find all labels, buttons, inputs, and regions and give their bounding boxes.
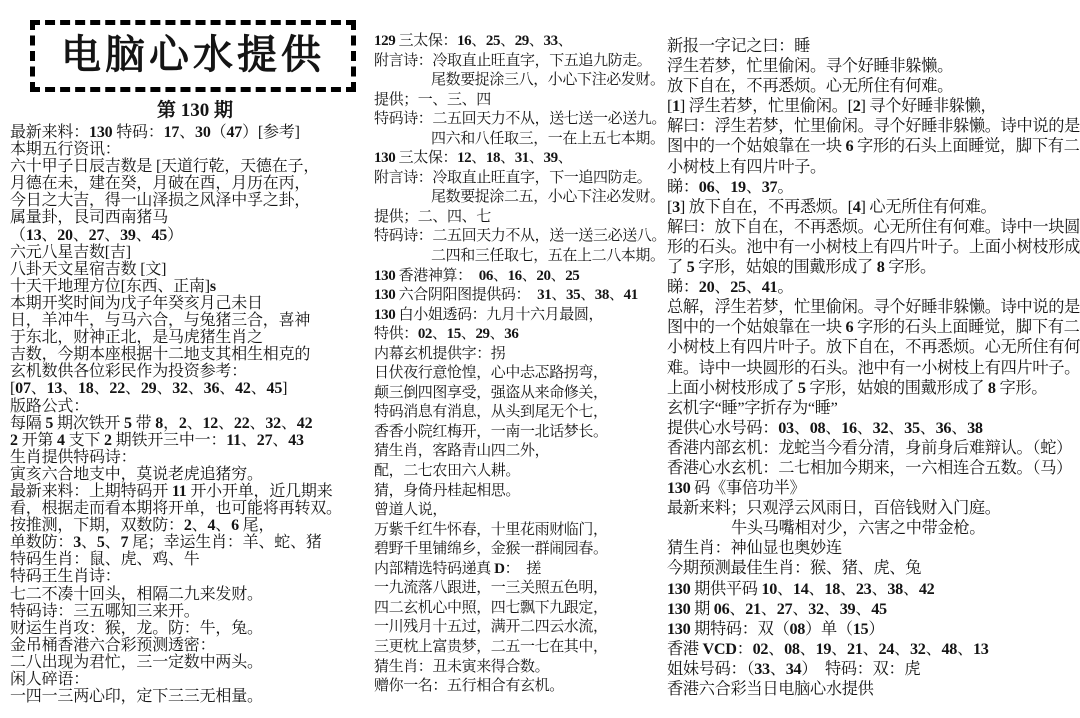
left-column-text: 最新来料：130 特码：17、30（47）[参考]本期五行资讯：六十甲子日辰吉数… (10, 124, 370, 705)
text-line: 吉数，今期本座根据十二地支其相生相克的 (10, 346, 370, 363)
text-line: 日，羊冲牛，与马六合，与兔猪三合，喜神 (10, 312, 370, 329)
text-line: 今期预测最佳生肖：猴、猪、虎、兔 (667, 558, 1079, 578)
text-line: 小树枝上有四片叶子。 (667, 157, 1079, 177)
text-line: 猜生肖，客路青山四二外， (374, 442, 666, 462)
text-line: 曾道人说， (374, 501, 666, 521)
text-line: 本期五行资讯： (10, 141, 370, 158)
text-line: 新报一字记之曰：睡 (667, 36, 1079, 56)
text-line: 特码生肖：鼠、虎、鸡、牛 (10, 551, 370, 568)
text-line: 130 三太保：12、18、31、39、 (374, 149, 666, 169)
text-line: 内部精选特码递真 D： 搓 (374, 560, 666, 580)
text-line: 特码诗：二五回天力不从，送一送三必送八。 (374, 227, 666, 247)
column-left: 电脑心水提供 第 130 期 最新来料：130 特码：17、30（47）[参考]… (10, 10, 370, 705)
text-line: 于东北，财神正北，是马虎猪生肖之 (10, 329, 370, 346)
text-line: 配，二七农田六人耕。 (374, 462, 666, 482)
text-line: 130 六合阴阳图提供码： 31、35、38、41 (374, 286, 666, 306)
text-line: 本期开奖时间为戊子年癸亥月己未日 (10, 295, 370, 312)
masthead-box: 电脑心水提供 (30, 20, 356, 92)
text-line: 万紫千红牛怀春，十里花雨财临门， (374, 521, 666, 541)
text-line: 最新来料：130 特码：17、30（47）[参考] (10, 124, 370, 141)
text-line: 七二不凑十回头，相隔二九来发财。 (10, 586, 370, 603)
text-line: 形的石头。池中有一小树枝上有四片叶子。上面小树枝形成 (667, 237, 1079, 257)
text-line: 财运生肖攻：猴，龙。防：牛，兔。 (10, 620, 370, 637)
issue-number: 第 130 期 (20, 95, 370, 122)
text-line: 尾数要捉涂二五，小心下注必发财。 (374, 188, 666, 208)
text-line: 颠三倒四图享受，强盗从来命修关， (374, 384, 666, 404)
text-line: 香港六合彩当日电脑心水提供 (667, 679, 1079, 699)
text-line: 属量卦，艮司西南猪马 (10, 209, 370, 226)
text-line: 附言诗：冷取直止旺直字，下五追九防走。 (374, 52, 666, 72)
text-line: 二八出现为君忙，三一定数中两头。 (10, 654, 370, 671)
text-line: 提供；一、三、四 (374, 91, 666, 111)
text-line: 每隔 5 期次铁开 5 带 8，2、12、22、32、42 (10, 415, 370, 432)
text-line: 香港内部玄机：龙蛇当今看分清，身前身后难辩认。（蛇） (667, 438, 1079, 458)
text-line: 单数防：3、5、7 尾；幸运生肖：羊、蛇、猪 (10, 534, 370, 551)
text-line: 月德在未，建在癸，月破在酉，月历在丙， (10, 175, 370, 192)
text-line: 解曰：浮生若梦，忙里偷闲。寻个好睡非躲懒。诗中说的是 (667, 116, 1079, 136)
text-line: 赠你一名：五行相合有玄机。 (374, 677, 666, 697)
column-middle: 129 三太保：16、25、29、33、附言诗：冷取直止旺直字，下五追九防走。尾… (374, 32, 666, 697)
text-line: 四六和八任取三，一在上五七本期。 (374, 130, 666, 150)
text-line: 猜，身倚丹桂起相思。 (374, 482, 666, 502)
text-line: 四二玄机心中照，四七飘下九跟定， (374, 599, 666, 619)
text-line: 2 开第 4 支下 2 期铁开三中一：11、27、43 (10, 432, 370, 449)
text-line: 二四和三任取七，五在上二八本期。 (374, 247, 666, 267)
text-line: 解曰：放下自在，不再悉烦。心无所住有何难。诗中一块圆 (667, 217, 1079, 237)
text-line: 130 白小姐透码：九月十六月最圆， (374, 306, 666, 326)
text-line: 牛头马嘴相对少，六害之中带金枪。 (667, 518, 1079, 538)
text-line: 129 三太保：16、25、29、33、 (374, 32, 666, 52)
text-line: 闲人碎语： (10, 671, 370, 688)
text-line: 图中的一个姑娘靠在一块 6 字形的石头上面睡觉，脚下有二 (667, 136, 1079, 156)
text-line: 六十甲子日辰吉数是 [天道行乾，天德在子， (10, 158, 370, 175)
text-line: [1] 浮生若梦，忙里偷闲。[2] 寻个好睡非躲懒， (667, 96, 1079, 116)
text-line: 130 香港神算： 06、16、20、25 (374, 267, 666, 287)
text-line: [3] 放下自在，不再悉烦。[4] 心无所住有何难。 (667, 197, 1079, 217)
text-line: 按推测，下期，双数防：2、4、6 尾， (10, 517, 370, 534)
text-line: 日伏夜行意怆惶，心中忐忑路拐弯， (374, 364, 666, 384)
text-line: 猜生肖：神仙显也奥妙连 (667, 538, 1079, 558)
text-line: 上面小树枝形成了 5 字形，姑娘的围戴形成了 8 字形。 (667, 378, 1079, 398)
text-line: 浮生若梦，忙里偷闲。寻个好睡非躲懒。 (667, 56, 1079, 76)
text-line: 130 期 06、21、27、32、39、45 (667, 599, 1079, 619)
text-line: 放下自在，不再悉烦。心无所住有何难。 (667, 76, 1079, 96)
text-line: 图中的一个姑娘靠在一块 6 字形的石头上面睡觉，脚下有二 (667, 317, 1079, 337)
text-line: 一川残月十五过，满开二四云水流， (374, 618, 666, 638)
text-line: 最新来料：上期特码开 11 开小开单，近几期来 (10, 483, 370, 500)
text-line: 六元八星吉数[吉] (10, 244, 370, 261)
text-line: 特码诗：三五哪知三来开。 (10, 603, 370, 620)
text-line: 香港心水玄机：二七相加今期来，一六相连合五数。（马） (667, 458, 1079, 478)
text-line: 了 5 字形，姑娘的围戴形成了 8 字形。 (667, 257, 1079, 277)
text-line: 附言诗：冷取直止旺直字，下一追四防走。 (374, 169, 666, 189)
right-column-text: 新报一字记之曰：睡浮生若梦，忙里偷闲。寻个好睡非躲懒。放下自在，不再悉烦。心无所… (667, 36, 1079, 699)
text-line: 生肖提供特码诗： (10, 449, 370, 466)
text-line: 香港 VCD：02、08、19、21、24、32、48、13 (667, 639, 1079, 659)
text-line: 猜生肖：丑未寅来得合数。 (374, 658, 666, 678)
text-line: 姐妹号码：（33、34） 特码：双：虎 (667, 659, 1079, 679)
text-line: 香香小院红梅开，一南一北话梦长。 (374, 423, 666, 443)
text-line: 三更枕上富贵梦，二五一七在其中， (374, 638, 666, 658)
text-line: 碧野千里铺绵乡，金猴一群闹园春。 (374, 540, 666, 560)
text-line: 130 期特码：双（08）单（15） (667, 619, 1079, 639)
text-line: 提供心水号码：03、08、16、32、35、36、38 (667, 418, 1079, 438)
text-line: 难。诗中一块圆形的石头。池中有一小树枝上有四片叶子。 (667, 358, 1079, 378)
text-line: （13、20、27、39、45） (10, 227, 370, 244)
text-line: 特码王生肖诗： (10, 568, 370, 585)
text-line: 特码诗：二五回天力不从，送七送一必送九。 (374, 110, 666, 130)
text-line: 特供：02、15、29、36 (374, 325, 666, 345)
text-line: 八卦天文星宿吉数 [文] (10, 261, 370, 278)
text-line: 睇：20、25、41。 (667, 277, 1079, 297)
text-line: 今日之大吉，得一山泽损之风泽中孚之卦， (10, 192, 370, 209)
text-line: 特码消息有消息，从头到尾无个七， (374, 403, 666, 423)
text-line: 金吊桶香港六合彩预测透密： (10, 637, 370, 654)
text-line: 最新来料；只观浮云风雨日，百倍钱财入门庭。 (667, 498, 1079, 518)
text-line: 一九流落八跟进，一三关照五色明， (374, 579, 666, 599)
text-line: 提供；二、四、七 (374, 208, 666, 228)
column-right: 新报一字记之曰：睡浮生若梦，忙里偷闲。寻个好睡非躲懒。放下自在，不再悉烦。心无所… (667, 36, 1079, 699)
text-line: 一四一三两心印，定下三三无相量。 (10, 688, 370, 705)
text-line: 十天干地理方位[东西、正南]s (10, 278, 370, 295)
text-line: 玄机字“睡”字折存为“睡” (667, 398, 1079, 418)
text-line: 130 码《事倍功半》 (667, 478, 1079, 498)
text-line: 寅亥六合地支中，莫说老虎追猪穷。 (10, 466, 370, 483)
text-line: 版路公式： (10, 398, 370, 415)
text-line: 尾数要捉涂三八，小心下注必发财。 (374, 71, 666, 91)
text-line: 130 期供平码 10、14、18、23、38、42 (667, 579, 1079, 599)
text-line: 内幕玄机提供字：拐 (374, 345, 666, 365)
text-line: 睇：06、19、37。 (667, 177, 1079, 197)
text-line: [07、13、18、22、29、32、36、42、45] (10, 380, 370, 397)
text-line: 看，根据走而看本期将开单，也可能将再转双。 (10, 500, 370, 517)
text-line: 小树枝上有四片叶子。放下自在，不再悉烦。心无所住有何 (667, 337, 1079, 357)
text-line: 玄机数供各位彩民作为投资参考： (10, 363, 370, 380)
page-title: 电脑心水提供 (39, 30, 347, 80)
lottery-tip-sheet: 电脑心水提供 第 130 期 最新来料：130 特码：17、30（47）[参考]… (0, 0, 1080, 718)
text-line: 总解，浮生若梦，忙里偷闲。寻个好睡非躲懒。诗中说的是 (667, 297, 1079, 317)
middle-column-text: 129 三太保：16、25、29、33、附言诗：冷取直止旺直字，下五追九防走。尾… (374, 32, 666, 697)
